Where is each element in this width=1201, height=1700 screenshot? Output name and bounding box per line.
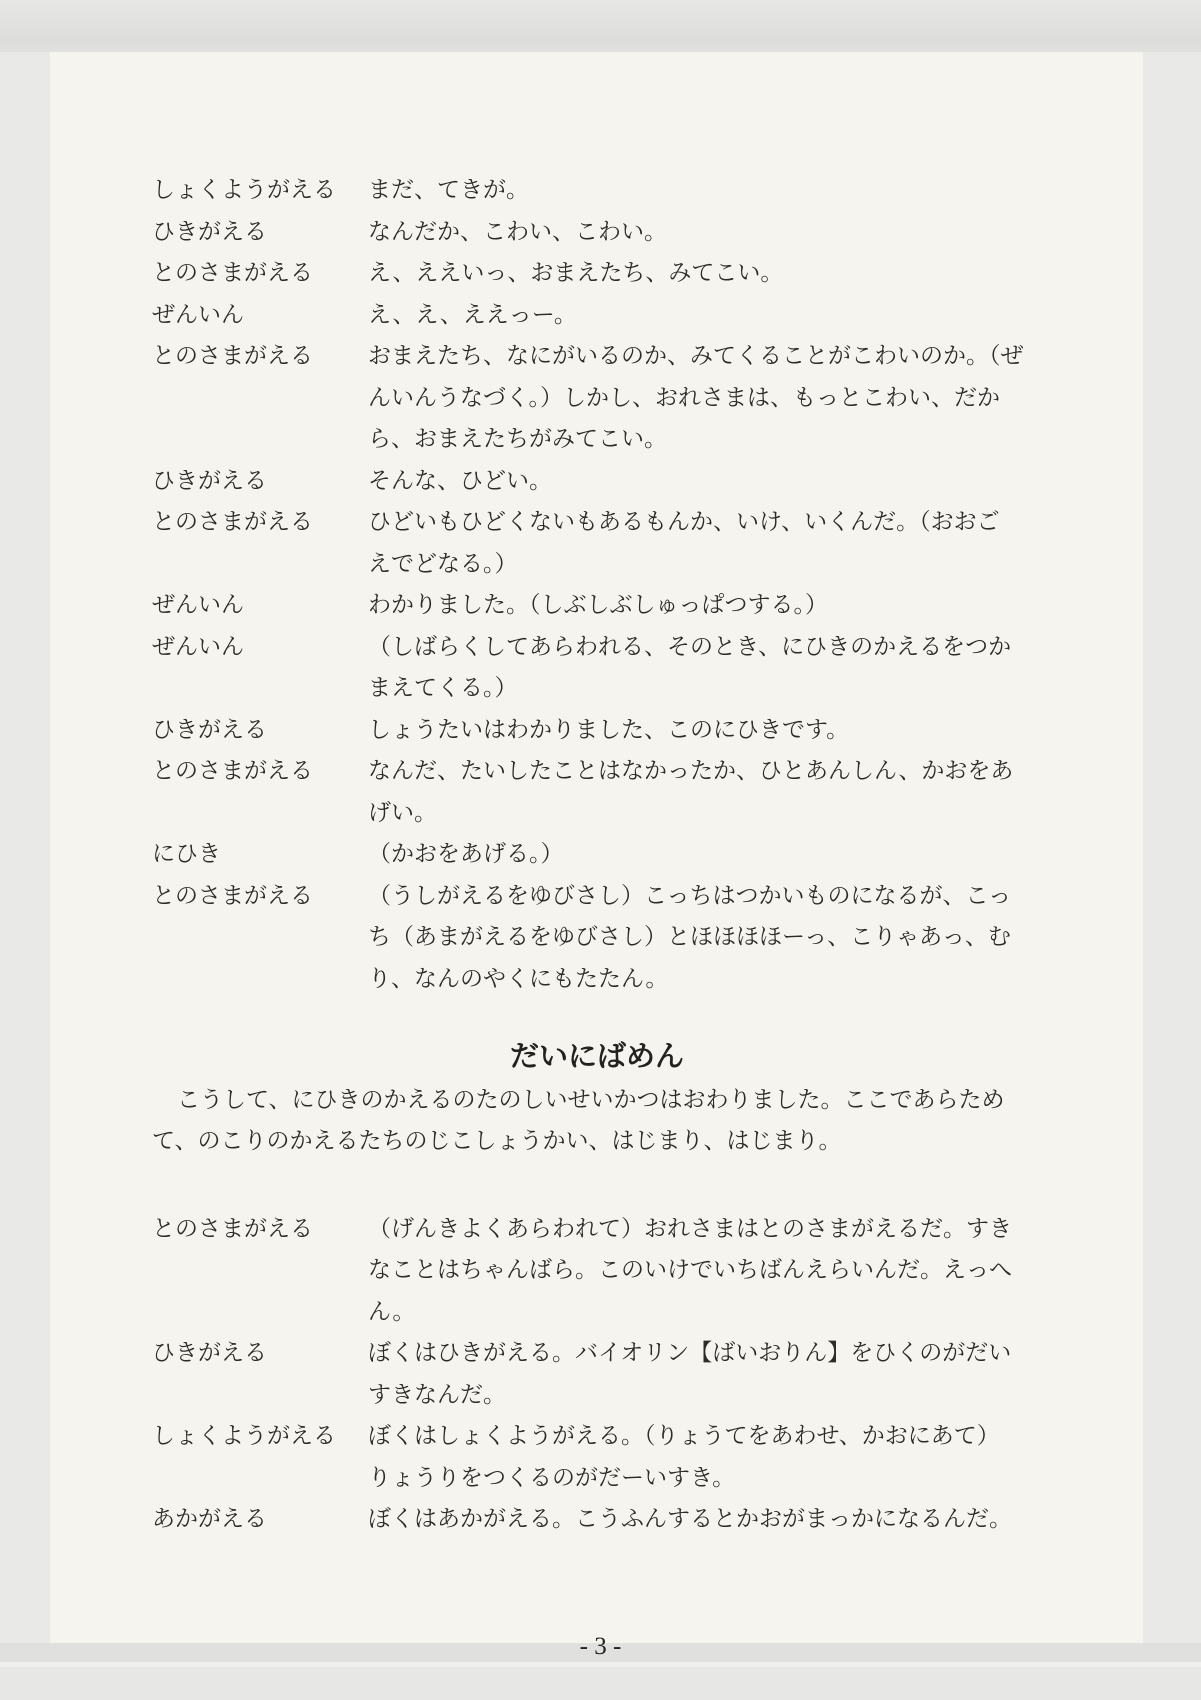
script-row: しょくようがえるぼくはしょくようがえる。（りょうてをあわせ、かおにあて）りょうり… [152,1415,1092,1498]
page-number: - 3 - [0,1632,1201,1662]
speaker-name: ぜんいん [152,584,368,626]
script-row: ぜんいんわかりました。（しぶしぶしゅっぱつする。） [152,584,1092,626]
speaker-name: にひき [152,833,368,875]
script-row: ひきがえるぼくはひきがえる。バイオリン【ばいおりん】をひくのがだいすきなんだ。 [152,1332,1092,1415]
dialogue-line: ら、おまえたちがみてこい。 [368,418,1024,460]
dialogue-block: そんな、ひどい。 [368,460,552,502]
dialogue-line: りょうりをつくるのがだーいすき。 [368,1457,1000,1499]
script-row: とのさまがえるひどいもひどくないもあるもんか、いけ、いくんだ。（おおごえでどなる… [152,501,1092,584]
dialogue-block: （げんきよくあらわれて）おれさまはとのさまがえるだ。すきなことはちゃんばら。この… [368,1208,1012,1333]
script-row: ぜんいん（しばらくしてあらわれる、そのとき、にひきのかえるをつかまえてくる。） [152,626,1092,709]
dialogue-line: おまえたち、なにがいるのか、みてくることがこわいのか。（ぜ [368,335,1024,377]
scene-heading: だいにばめん [152,1037,1042,1079]
speaker-name: とのさまがえる [152,1208,368,1250]
dialogue-line: （しばらくしてあらわれる、そのとき、にひきのかえるをつか [368,626,1011,668]
script-section-1: しょくようがえるまだ、てきが。ひきがえるなんだか、こわい、こわい。とのさまがえる… [152,169,1092,999]
speaker-name: ぜんいん [152,294,368,336]
speaker-name: とのさまがえる [152,875,368,917]
speaker-name: あかがえる [152,1498,368,1540]
dialogue-line: ぼくはひきがえる。バイオリン【ばいおりん】をひくのがだい [368,1332,1011,1374]
dialogue-line: まえてくる。） [368,667,1011,709]
dialogue-line: なことはちゃんばら。このいけでいちばんえらいんだ。えっへ [368,1249,1012,1291]
scan-top-margin [0,0,1201,52]
dialogue-line: しょうたいはわかりました、このにひきです。 [368,709,849,751]
scan-bottom-margin [0,1667,1201,1700]
narration-paragraph: こうして、にひきのかえるのたのしいせいかつはおわりました。ここであらためて、のこ… [152,1079,1092,1162]
dialogue-block: ぼくはひきがえる。バイオリン【ばいおりん】をひくのがだいすきなんだ。 [368,1332,1011,1415]
speaker-name: しょくようがえる [152,1415,368,1457]
speaker-name: ひきがえる [152,460,368,502]
speaker-name: とのさまがえる [152,252,368,294]
dialogue-line: そんな、ひどい。 [368,460,552,502]
narration-line: こうして、にひきのかえるのたのしいせいかつはおわりました。ここであらため [152,1079,1092,1121]
script-row: ひきがえるしょうたいはわかりました、このにひきです。 [152,709,1092,751]
speaker-name: ひきがえる [152,1332,368,1374]
speaker-name: とのさまがえる [152,335,368,377]
dialogue-line: （げんきよくあらわれて）おれさまはとのさまがえるだ。すき [368,1208,1012,1250]
script-row: とのさまがえるえ、ええいっ、おまえたち、みてこい。 [152,252,1092,294]
script-row: ひきがえるそんな、ひどい。 [152,460,1092,502]
dialogue-block: ひどいもひどくないもあるもんか、いけ、いくんだ。（おおごえでどなる。） [368,501,1000,584]
dialogue-block: わかりました。（しぶしぶしゅっぱつする。） [368,584,828,626]
dialogue-block: おまえたち、なにがいるのか、みてくることがこわいのか。（ぜんいんうなづく。）しか… [368,335,1024,460]
dialogue-line: えでどなる。） [368,543,1000,585]
speaker-name: ひきがえる [152,211,368,253]
speaker-name: ぜんいん [152,626,368,668]
script-row: にひき（かおをあげる。） [152,833,1092,875]
dialogue-block: （うしがえるをゆびさし）こっちはつかいものになるが、こっち（あまがえるをゆびさし… [368,875,1011,1000]
dialogue-block: しょうたいはわかりました、このにひきです。 [368,709,849,751]
dialogue-line: なんだか、こわい、こわい。 [368,211,667,253]
dialogue-block: まだ、てきが。 [368,169,529,211]
speaker-name: とのさまがえる [152,750,368,792]
dialogue-line: なんだ、たいしたことはなかったか、ひとあんしん、かおをあ [368,750,1013,792]
script-row: とのさまがえるおまえたち、なにがいるのか、みてくることがこわいのか。（ぜんいんう… [152,335,1092,460]
narration-line: て、のこりのかえるたちのじこしょうかい、はじまり、はじまり。 [152,1120,1092,1162]
dialogue-block: え、ええいっ、おまえたち、みてこい。 [368,252,783,294]
script-row: ぜんいんえ、え、ええっー。 [152,294,1092,336]
script-row: しょくようがえるまだ、てきが。 [152,169,1092,211]
dialogue-line: げい。 [368,792,1013,834]
speaker-name: ひきがえる [152,709,368,751]
dialogue-line: んいんうなづく。）しかし、おれさまは、もっとこわい、だか [368,377,1024,419]
script-row: とのさまがえるなんだ、たいしたことはなかったか、ひとあんしん、かおをあげい。 [152,750,1092,833]
dialogue-line: ぼくはあかがえる。こうふんするとかおがまっかになるんだ。 [368,1498,1012,1540]
dialogue-block: え、え、ええっー。 [368,294,577,336]
dialogue-line: ち（あまがえるをゆびさし）とほほほほーっ、こりゃあっ、む [368,916,1011,958]
script-row: あかがえるぼくはあかがえる。こうふんするとかおがまっかになるんだ。 [152,1498,1092,1540]
speaker-name: しょくようがえる [152,169,368,211]
page-text-area: しょくようがえるまだ、てきが。ひきがえるなんだか、こわい、こわい。とのさまがえる… [152,169,1092,1540]
dialogue-block: なんだ、たいしたことはなかったか、ひとあんしん、かおをあげい。 [368,750,1013,833]
dialogue-block: （かおをあげる。） [368,833,564,875]
script-section-2: とのさまがえる（げんきよくあらわれて）おれさまはとのさまがえるだ。すきなことはち… [152,1208,1092,1540]
dialogue-line: まだ、てきが。 [368,169,529,211]
script-row: ひきがえるなんだか、こわい、こわい。 [152,211,1092,253]
speaker-name: とのさまがえる [152,501,368,543]
dialogue-line: え、ええいっ、おまえたち、みてこい。 [368,252,783,294]
dialogue-block: （しばらくしてあらわれる、そのとき、にひきのかえるをつかまえてくる。） [368,626,1011,709]
dialogue-line: わかりました。（しぶしぶしゅっぱつする。） [368,584,828,626]
document-page: しょくようがえるまだ、てきが。ひきがえるなんだか、こわい、こわい。とのさまがえる… [50,52,1143,1643]
dialogue-line: り、なんのやくにもたたん。 [368,958,1011,1000]
dialogue-line: ん。 [368,1291,1012,1333]
dialogue-line: （うしがえるをゆびさし）こっちはつかいものになるが、こっ [368,875,1011,917]
script-row: とのさまがえる（うしがえるをゆびさし）こっちはつかいものになるが、こっち（あまが… [152,875,1092,1000]
dialogue-line: ぼくはしょくようがえる。（りょうてをあわせ、かおにあて） [368,1415,1000,1457]
dialogue-line: （かおをあげる。） [368,833,564,875]
dialogue-line: ひどいもひどくないもあるもんか、いけ、いくんだ。（おおご [368,501,1000,543]
dialogue-block: ぼくはしょくようがえる。（りょうてをあわせ、かおにあて）りょうりをつくるのがだー… [368,1415,1000,1498]
script-row: とのさまがえる（げんきよくあらわれて）おれさまはとのさまがえるだ。すきなことはち… [152,1208,1092,1333]
dialogue-block: ぼくはあかがえる。こうふんするとかおがまっかになるんだ。 [368,1498,1012,1540]
dialogue-block: なんだか、こわい、こわい。 [368,211,667,253]
dialogue-line: すきなんだ。 [368,1374,1011,1416]
dialogue-line: え、え、ええっー。 [368,294,577,336]
